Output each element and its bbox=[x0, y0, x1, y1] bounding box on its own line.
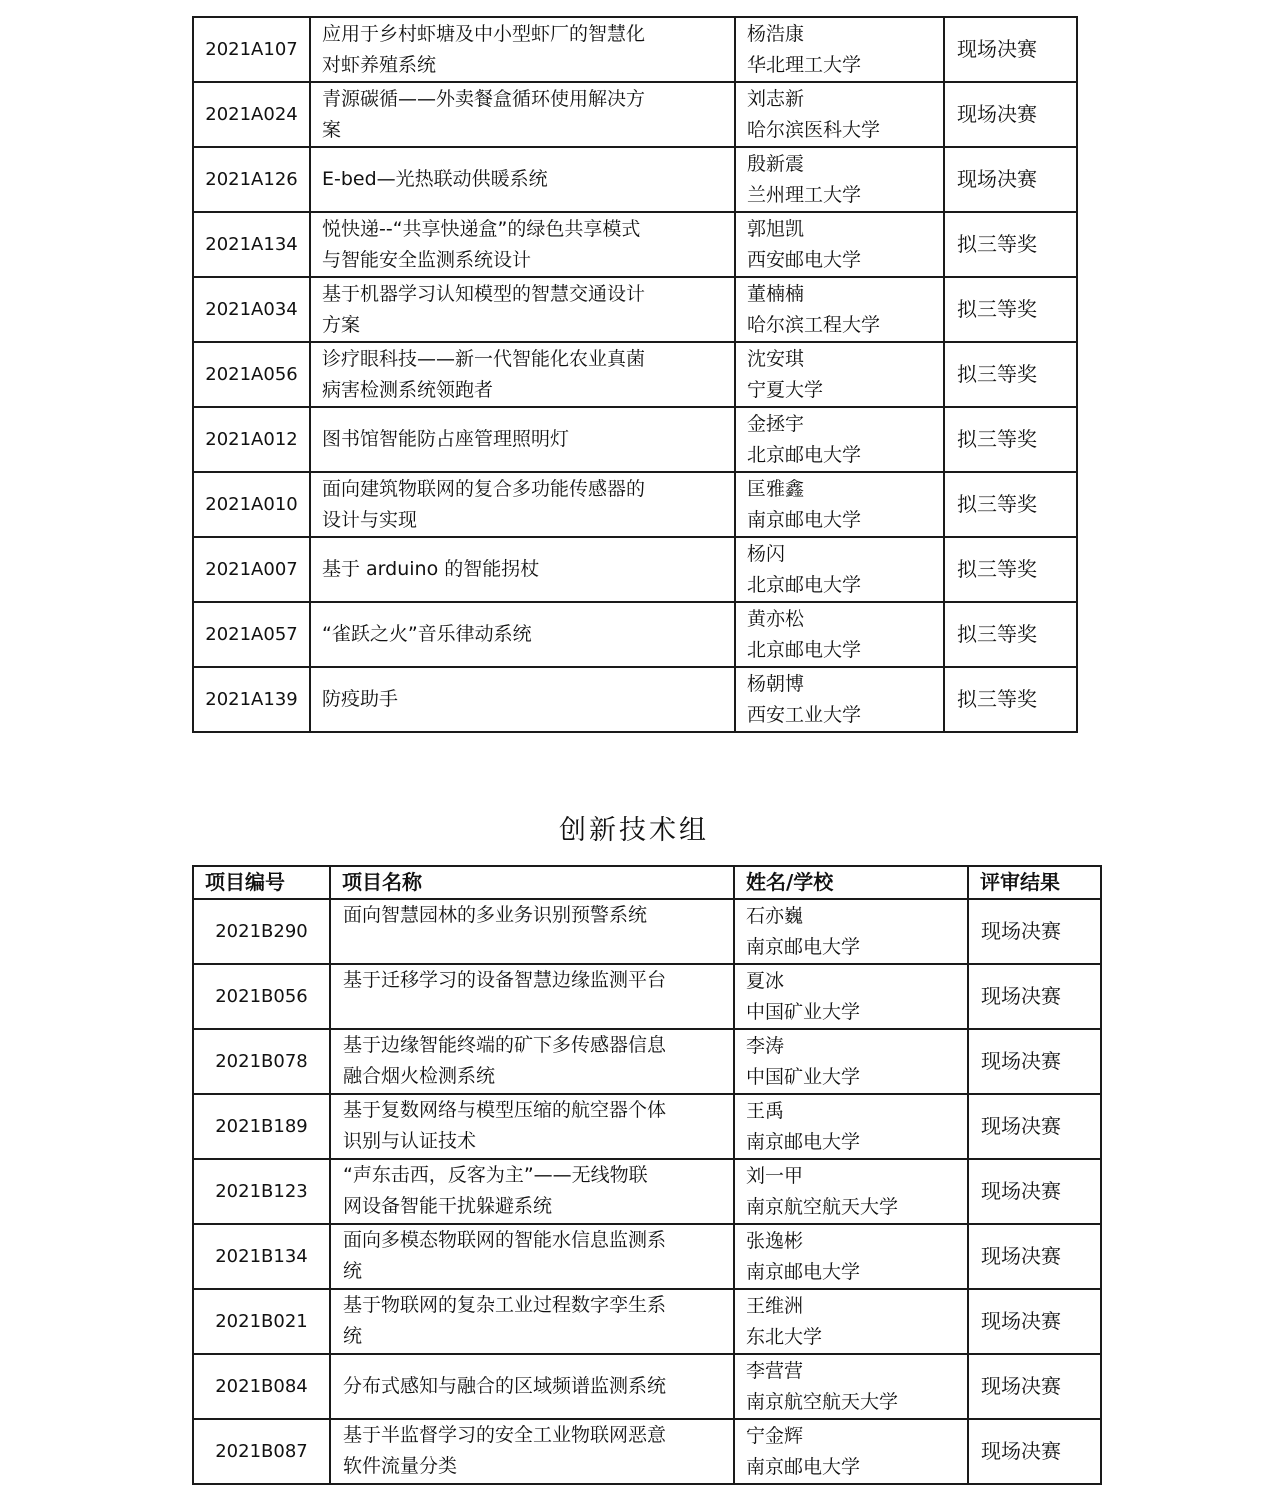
project-name-line: 软件流量分类 bbox=[343, 1451, 725, 1482]
person-school: 夏冰中国矿业大学 bbox=[734, 964, 968, 1029]
project-name-line: 应用于乡村虾塘及中小型虾厂的智慧化 bbox=[322, 19, 726, 50]
table-row: 2021B123“声东击西，反客为主”——无线物联网设备智能干扰躲避系统刘一甲南… bbox=[193, 1159, 1101, 1224]
project-code: 2021B290 bbox=[193, 899, 330, 964]
table-row: 2021A024青源碳循——外卖餐盒循环使用解决方案刘志新哈尔滨医科大学现场决赛 bbox=[193, 82, 1077, 147]
project-name: 悦快递--“共享快递盒”的绿色共享模式与智能安全监测系统设计 bbox=[310, 212, 735, 277]
project-name-line: 防疫助手 bbox=[322, 684, 726, 715]
project-name: 青源碳循——外卖餐盒循环使用解决方案 bbox=[310, 82, 735, 147]
table-row: 2021A007基于 arduino 的智能拐杖杨闪北京邮电大学拟三等奖 bbox=[193, 537, 1077, 602]
table-row: 2021A012图书馆智能防占座管理照明灯金拯宇北京邮电大学拟三等奖 bbox=[193, 407, 1077, 472]
review-result: 拟三等奖 bbox=[944, 537, 1077, 602]
review-result: 现场决赛 bbox=[968, 1029, 1101, 1094]
project-code: 2021A010 bbox=[193, 472, 310, 537]
school-name: 西安工业大学 bbox=[747, 700, 943, 731]
project-name-line: 诊疗眼科技——新一代智能化农业真菌 bbox=[322, 344, 726, 375]
person-name: 郭旭凯 bbox=[747, 214, 943, 245]
results-table-part1: 2021A107应用于乡村虾塘及中小型虾厂的智慧化对虾养殖系统杨浩康华北理工大学… bbox=[192, 16, 1078, 733]
review-result: 拟三等奖 bbox=[944, 342, 1077, 407]
person-name: 刘一甲 bbox=[746, 1161, 967, 1192]
person-school: 王禹南京邮电大学 bbox=[734, 1094, 968, 1159]
table-row: 2021B134面向多模态物联网的智能水信息监测系统张逸彬南京邮电大学现场决赛 bbox=[193, 1224, 1101, 1289]
table-row: 2021B056基于迁移学习的设备智慧边缘监测平台夏冰中国矿业大学现场决赛 bbox=[193, 964, 1101, 1029]
header-project-name: 项目名称 bbox=[330, 866, 734, 899]
project-name-line: 识别与认证技术 bbox=[343, 1126, 725, 1157]
table-row: 2021A134悦快递--“共享快递盒”的绿色共享模式与智能安全监测系统设计郭旭… bbox=[193, 212, 1077, 277]
school-name: 兰州理工大学 bbox=[747, 180, 943, 211]
person-school: 匡雅鑫南京邮电大学 bbox=[735, 472, 944, 537]
school-name: 南京航空航天大学 bbox=[746, 1192, 967, 1223]
project-name-line: 面向建筑物联网的复合多功能传感器的 bbox=[322, 474, 726, 505]
person-name: 董楠楠 bbox=[747, 279, 943, 310]
review-result: 现场决赛 bbox=[944, 82, 1077, 147]
project-code: 2021A007 bbox=[193, 537, 310, 602]
project-name-line: 面向智慧园林的多业务识别预警系统 bbox=[343, 900, 725, 931]
project-code: 2021A034 bbox=[193, 277, 310, 342]
project-code: 2021A056 bbox=[193, 342, 310, 407]
project-name: 基于迁移学习的设备智慧边缘监测平台 bbox=[330, 964, 734, 1029]
person-name: 张逸彬 bbox=[746, 1226, 967, 1257]
person-school: 张逸彬南京邮电大学 bbox=[734, 1224, 968, 1289]
school-name: 北京邮电大学 bbox=[747, 440, 943, 471]
project-name-line: 网设备智能干扰躲避系统 bbox=[343, 1191, 725, 1222]
project-code: 2021A024 bbox=[193, 82, 310, 147]
review-result: 现场决赛 bbox=[968, 1224, 1101, 1289]
person-name: 杨浩康 bbox=[747, 19, 943, 50]
project-name: “雀跃之火”音乐律动系统 bbox=[310, 602, 735, 667]
project-name: 基于边缘智能终端的矿下多传感器信息融合烟火检测系统 bbox=[330, 1029, 734, 1094]
person-name: 殷新震 bbox=[747, 149, 943, 180]
project-name: 基于物联网的复杂工业过程数字孪生系统 bbox=[330, 1289, 734, 1354]
review-result: 现场决赛 bbox=[968, 1354, 1101, 1419]
project-name: 诊疗眼科技——新一代智能化农业真菌病害检测系统领跑者 bbox=[310, 342, 735, 407]
school-name: 中国矿业大学 bbox=[746, 1062, 967, 1093]
table-row: 2021A107应用于乡村虾塘及中小型虾厂的智慧化对虾养殖系统杨浩康华北理工大学… bbox=[193, 17, 1077, 82]
project-code: 2021A057 bbox=[193, 602, 310, 667]
person-name: 杨朝博 bbox=[747, 669, 943, 700]
project-name: 图书馆智能防占座管理照明灯 bbox=[310, 407, 735, 472]
review-result: 现场决赛 bbox=[968, 1159, 1101, 1224]
table-row: 2021A057“雀跃之火”音乐律动系统黄亦松北京邮电大学拟三等奖 bbox=[193, 602, 1077, 667]
project-name: 面向建筑物联网的复合多功能传感器的设计与实现 bbox=[310, 472, 735, 537]
school-name: 宁夏大学 bbox=[747, 375, 943, 406]
person-school: 郭旭凯西安邮电大学 bbox=[735, 212, 944, 277]
project-name-line: 图书馆智能防占座管理照明灯 bbox=[322, 424, 726, 455]
school-name: 南京邮电大学 bbox=[747, 505, 943, 536]
table-row: 2021B087基于半监督学习的安全工业物联网恶意软件流量分类宁金辉南京邮电大学… bbox=[193, 1419, 1101, 1484]
person-name: 王维洲 bbox=[746, 1291, 967, 1322]
table-row: 2021B189基于复数网络与模型压缩的航空器个体识别与认证技术王禹南京邮电大学… bbox=[193, 1094, 1101, 1159]
review-result: 现场决赛 bbox=[944, 17, 1077, 82]
project-name-line: 病害检测系统领跑者 bbox=[322, 375, 726, 406]
person-school: 殷新震兰州理工大学 bbox=[735, 147, 944, 212]
project-name-line: 基于半监督学习的安全工业物联网恶意 bbox=[343, 1420, 725, 1451]
table-row: 2021B084分布式感知与融合的区域频谱监测系统李营营南京航空航天大学现场决赛 bbox=[193, 1354, 1101, 1419]
person-school: 沈安琪宁夏大学 bbox=[735, 342, 944, 407]
review-result: 现场决赛 bbox=[968, 1289, 1101, 1354]
project-name: 面向智慧园林的多业务识别预警系统 bbox=[330, 899, 734, 964]
project-name: 基于机器学习认知模型的智慧交通设计方案 bbox=[310, 277, 735, 342]
school-name: 东北大学 bbox=[746, 1322, 967, 1353]
table-row: 2021A139防疫助手杨朝博西安工业大学拟三等奖 bbox=[193, 667, 1077, 732]
project-name: 防疫助手 bbox=[310, 667, 735, 732]
project-code: 2021B087 bbox=[193, 1419, 330, 1484]
school-name: 北京邮电大学 bbox=[747, 570, 943, 601]
header-name-school: 姓名/学校 bbox=[734, 866, 968, 899]
person-name: 杨闪 bbox=[747, 539, 943, 570]
person-school: 石亦巍南京邮电大学 bbox=[734, 899, 968, 964]
project-name: “声东击西，反客为主”——无线物联网设备智能干扰躲避系统 bbox=[330, 1159, 734, 1224]
person-name: 李涛 bbox=[746, 1031, 967, 1062]
review-result: 现场决赛 bbox=[968, 899, 1101, 964]
person-name: 宁金辉 bbox=[746, 1421, 967, 1452]
header-review-result: 评审结果 bbox=[968, 866, 1101, 899]
school-name: 哈尔滨医科大学 bbox=[747, 115, 943, 146]
table-row: 2021A034基于机器学习认知模型的智慧交通设计方案董楠楠哈尔滨工程大学拟三等… bbox=[193, 277, 1077, 342]
person-school: 杨浩康华北理工大学 bbox=[735, 17, 944, 82]
project-name-line: 基于机器学习认知模型的智慧交通设计 bbox=[322, 279, 726, 310]
project-name-line: “声东击西，反客为主”——无线物联 bbox=[343, 1160, 725, 1191]
project-name-line: 分布式感知与融合的区域频谱监测系统 bbox=[343, 1371, 725, 1402]
person-name: 黄亦松 bbox=[747, 604, 943, 635]
person-school: 李营营南京航空航天大学 bbox=[734, 1354, 968, 1419]
project-name-line: 悦快递--“共享快递盒”的绿色共享模式 bbox=[322, 214, 726, 245]
review-result: 现场决赛 bbox=[968, 1094, 1101, 1159]
project-name: 应用于乡村虾塘及中小型虾厂的智慧化对虾养殖系统 bbox=[310, 17, 735, 82]
table-row: 2021A126E-bed—光热联动供暖系统殷新震兰州理工大学现场决赛 bbox=[193, 147, 1077, 212]
person-name: 刘志新 bbox=[747, 84, 943, 115]
project-name-line: 方案 bbox=[322, 310, 726, 341]
project-name-line: 案 bbox=[322, 115, 726, 146]
school-name: 南京邮电大学 bbox=[746, 932, 967, 963]
project-name-line: 基于物联网的复杂工业过程数字孪生系 bbox=[343, 1290, 725, 1321]
person-name: 沈安琪 bbox=[747, 344, 943, 375]
project-code: 2021A134 bbox=[193, 212, 310, 277]
project-name: 基于 arduino 的智能拐杖 bbox=[310, 537, 735, 602]
person-school: 宁金辉南京邮电大学 bbox=[734, 1419, 968, 1484]
table-row: 2021B021基于物联网的复杂工业过程数字孪生系统王维洲东北大学现场决赛 bbox=[193, 1289, 1101, 1354]
table-header-row: 项目编号 项目名称 姓名/学校 评审结果 bbox=[193, 866, 1101, 899]
project-name: 基于复数网络与模型压缩的航空器个体识别与认证技术 bbox=[330, 1094, 734, 1159]
project-name-line: 统 bbox=[343, 1256, 725, 1287]
project-code: 2021B189 bbox=[193, 1094, 330, 1159]
review-result: 现场决赛 bbox=[944, 147, 1077, 212]
project-name-line: 基于迁移学习的设备智慧边缘监测平台 bbox=[343, 965, 725, 996]
project-name-line: 基于边缘智能终端的矿下多传感器信息 bbox=[343, 1030, 725, 1061]
person-name: 匡雅鑫 bbox=[747, 474, 943, 505]
person-school: 王维洲东北大学 bbox=[734, 1289, 968, 1354]
review-result: 拟三等奖 bbox=[944, 277, 1077, 342]
project-name-line: 青源碳循——外卖餐盒循环使用解决方 bbox=[322, 84, 726, 115]
project-code: 2021B056 bbox=[193, 964, 330, 1029]
project-code: 2021A012 bbox=[193, 407, 310, 472]
table-row: 2021B078基于边缘智能终端的矿下多传感器信息融合烟火检测系统李涛中国矿业大… bbox=[193, 1029, 1101, 1094]
school-name: 南京航空航天大学 bbox=[746, 1387, 967, 1418]
project-code: 2021A126 bbox=[193, 147, 310, 212]
school-name: 北京邮电大学 bbox=[747, 635, 943, 666]
school-name: 南京邮电大学 bbox=[746, 1127, 967, 1158]
project-name-line: 对虾养殖系统 bbox=[322, 50, 726, 81]
project-name-line: 基于复数网络与模型压缩的航空器个体 bbox=[343, 1095, 725, 1126]
project-name-line: 基于 arduino 的智能拐杖 bbox=[322, 554, 726, 585]
project-name: 面向多模态物联网的智能水信息监测系统 bbox=[330, 1224, 734, 1289]
review-result: 拟三等奖 bbox=[944, 407, 1077, 472]
project-name-line: 面向多模态物联网的智能水信息监测系 bbox=[343, 1225, 725, 1256]
person-school: 金拯宇北京邮电大学 bbox=[735, 407, 944, 472]
project-code: 2021B134 bbox=[193, 1224, 330, 1289]
review-result: 现场决赛 bbox=[968, 964, 1101, 1029]
person-name: 石亦巍 bbox=[746, 901, 967, 932]
school-name: 西安邮电大学 bbox=[747, 245, 943, 276]
review-result: 拟三等奖 bbox=[944, 472, 1077, 537]
table-row: 2021A010面向建筑物联网的复合多功能传感器的设计与实现匡雅鑫南京邮电大学拟… bbox=[193, 472, 1077, 537]
project-name-line: 统 bbox=[343, 1321, 725, 1352]
school-name: 华北理工大学 bbox=[747, 50, 943, 81]
review-result: 拟三等奖 bbox=[944, 212, 1077, 277]
project-name: 基于半监督学习的安全工业物联网恶意软件流量分类 bbox=[330, 1419, 734, 1484]
table-row: 2021B290面向智慧园林的多业务识别预警系统石亦巍南京邮电大学现场决赛 bbox=[193, 899, 1101, 964]
header-project-code: 项目编号 bbox=[193, 866, 330, 899]
project-name-line: E-bed—光热联动供暖系统 bbox=[322, 164, 726, 195]
school-name: 南京邮电大学 bbox=[746, 1257, 967, 1288]
section-title: 创新技术组 bbox=[0, 808, 1268, 847]
project-code: 2021A107 bbox=[193, 17, 310, 82]
project-code: 2021B084 bbox=[193, 1354, 330, 1419]
project-name-line: “雀跃之火”音乐律动系统 bbox=[322, 619, 726, 650]
person-school: 刘志新哈尔滨医科大学 bbox=[735, 82, 944, 147]
person-name: 李营营 bbox=[746, 1356, 967, 1387]
person-school: 黄亦松北京邮电大学 bbox=[735, 602, 944, 667]
person-school: 李涛中国矿业大学 bbox=[734, 1029, 968, 1094]
review-result: 拟三等奖 bbox=[944, 602, 1077, 667]
school-name: 南京邮电大学 bbox=[746, 1452, 967, 1483]
table-row: 2021A056诊疗眼科技——新一代智能化农业真菌病害检测系统领跑者沈安琪宁夏大… bbox=[193, 342, 1077, 407]
review-result: 拟三等奖 bbox=[944, 667, 1077, 732]
project-code: 2021B123 bbox=[193, 1159, 330, 1224]
project-name: 分布式感知与融合的区域频谱监测系统 bbox=[330, 1354, 734, 1419]
person-school: 杨闪北京邮电大学 bbox=[735, 537, 944, 602]
project-code: 2021B078 bbox=[193, 1029, 330, 1094]
review-result: 现场决赛 bbox=[968, 1419, 1101, 1484]
school-name: 中国矿业大学 bbox=[746, 997, 967, 1028]
person-name: 金拯宇 bbox=[747, 409, 943, 440]
project-name-line: 设计与实现 bbox=[322, 505, 726, 536]
project-name-line: 与智能安全监测系统设计 bbox=[322, 245, 726, 276]
project-name: E-bed—光热联动供暖系统 bbox=[310, 147, 735, 212]
project-code: 2021A139 bbox=[193, 667, 310, 732]
person-name: 夏冰 bbox=[746, 966, 967, 997]
results-table-innovation-tech: 项目编号 项目名称 姓名/学校 评审结果 2021B290面向智慧园林的多业务识… bbox=[192, 865, 1102, 1485]
person-school: 董楠楠哈尔滨工程大学 bbox=[735, 277, 944, 342]
project-code: 2021B021 bbox=[193, 1289, 330, 1354]
person-school: 刘一甲南京航空航天大学 bbox=[734, 1159, 968, 1224]
person-school: 杨朝博西安工业大学 bbox=[735, 667, 944, 732]
person-name: 王禹 bbox=[746, 1096, 967, 1127]
school-name: 哈尔滨工程大学 bbox=[747, 310, 943, 341]
project-name-line: 融合烟火检测系统 bbox=[343, 1061, 725, 1092]
